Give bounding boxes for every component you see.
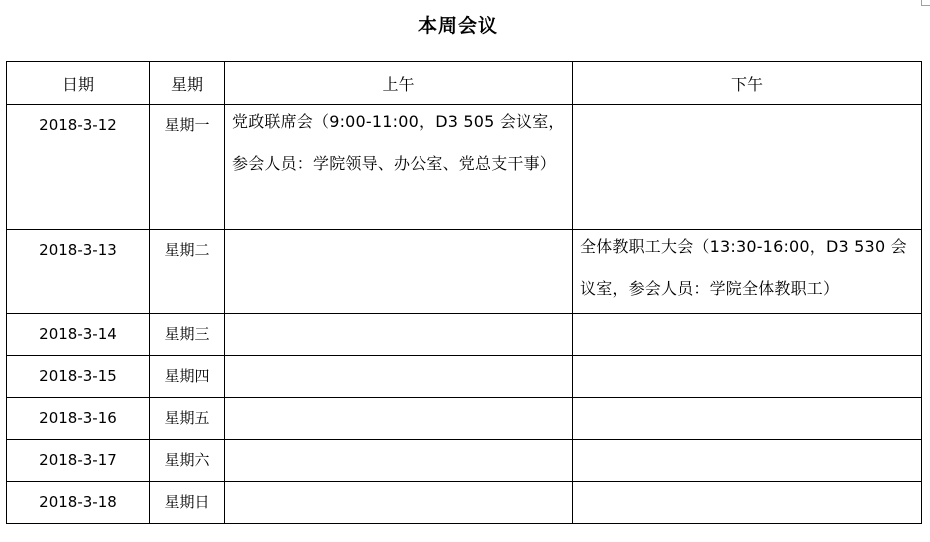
weekday-cell: 星期一	[150, 105, 225, 230]
weekday-cell: 星期六	[150, 440, 225, 482]
date-text: 2018-3-12	[7, 105, 149, 135]
weekday-cell: 星期二	[150, 230, 225, 314]
morning-event-text	[225, 386, 572, 394]
weekday-text: 星期五	[150, 398, 224, 428]
morning-event-text	[225, 470, 572, 478]
table-row: 2018-3-13 星期二 全体教职工大会（13:30-16:00，D3 530…	[7, 230, 922, 314]
afternoon-event-text	[573, 386, 921, 394]
date-cell: 2018-3-18	[7, 482, 150, 524]
table-row: 2018-3-12 星期一 党政联席会（9:00-11:00，D3 505 会议…	[7, 105, 922, 230]
date-cell: 2018-3-15	[7, 356, 150, 398]
morning-event-text	[225, 302, 572, 310]
morning-event-text	[225, 428, 572, 436]
morning-event-text	[225, 218, 572, 226]
date-text: 2018-3-14	[7, 314, 149, 344]
document-title: 本周会议	[0, 13, 916, 39]
date-cell: 2018-3-12	[7, 105, 150, 230]
afternoon-cell[interactable]: 全体教职工大会（13:30-16:00，D3 530 会议室，参会人员：学院全体…	[573, 230, 922, 314]
afternoon-event-text: 全体教职工大会（13:30-16:00，D3 530 会议室，参会人员：学院全体…	[573, 218, 921, 309]
afternoon-cell[interactable]	[573, 482, 922, 524]
date-cell: 2018-3-13	[7, 230, 150, 314]
date-text: 2018-3-15	[7, 356, 149, 386]
weekday-text: 星期一	[150, 105, 224, 135]
weekday-text: 星期四	[150, 356, 224, 386]
date-cell: 2018-3-14	[7, 314, 150, 356]
morning-cell[interactable]	[225, 482, 573, 524]
weekday-text: 星期三	[150, 314, 224, 344]
morning-cell[interactable]	[225, 230, 573, 314]
date-cell: 2018-3-17	[7, 440, 150, 482]
afternoon-event-text	[573, 428, 921, 436]
weekday-text: 星期六	[150, 440, 224, 470]
afternoon-cell[interactable]	[573, 105, 922, 230]
date-text: 2018-3-18	[7, 482, 149, 512]
weekday-cell: 星期三	[150, 314, 225, 356]
date-text: 2018-3-17	[7, 440, 149, 470]
header-date: 日期	[7, 62, 150, 105]
weekly-meeting-table: 日期 星期 上午 下午 2018-3-12 星期一 党政联席会（9:00-11:…	[6, 61, 922, 524]
afternoon-event-text	[573, 344, 921, 352]
morning-event-text	[225, 344, 572, 352]
date-cell: 2018-3-16	[7, 398, 150, 440]
date-text: 2018-3-16	[7, 398, 149, 428]
weekday-text: 星期二	[150, 230, 224, 260]
weekday-cell: 星期四	[150, 356, 225, 398]
table-row: 2018-3-18 星期日	[7, 482, 922, 524]
morning-cell[interactable]: 党政联席会（9:00-11:00，D3 505 会议室，参会人员：学院领导、办公…	[225, 105, 573, 230]
page-corner-mark	[921, 0, 930, 6]
date-text: 2018-3-13	[7, 230, 149, 260]
header-weekday: 星期	[150, 62, 225, 105]
afternoon-event-text	[573, 470, 921, 478]
weekday-cell: 星期日	[150, 482, 225, 524]
weekday-text: 星期日	[150, 482, 224, 512]
morning-event-text: 党政联席会（9:00-11:00，D3 505 会议室，参会人员：学院领导、办公…	[225, 93, 572, 184]
weekday-cell: 星期五	[150, 398, 225, 440]
